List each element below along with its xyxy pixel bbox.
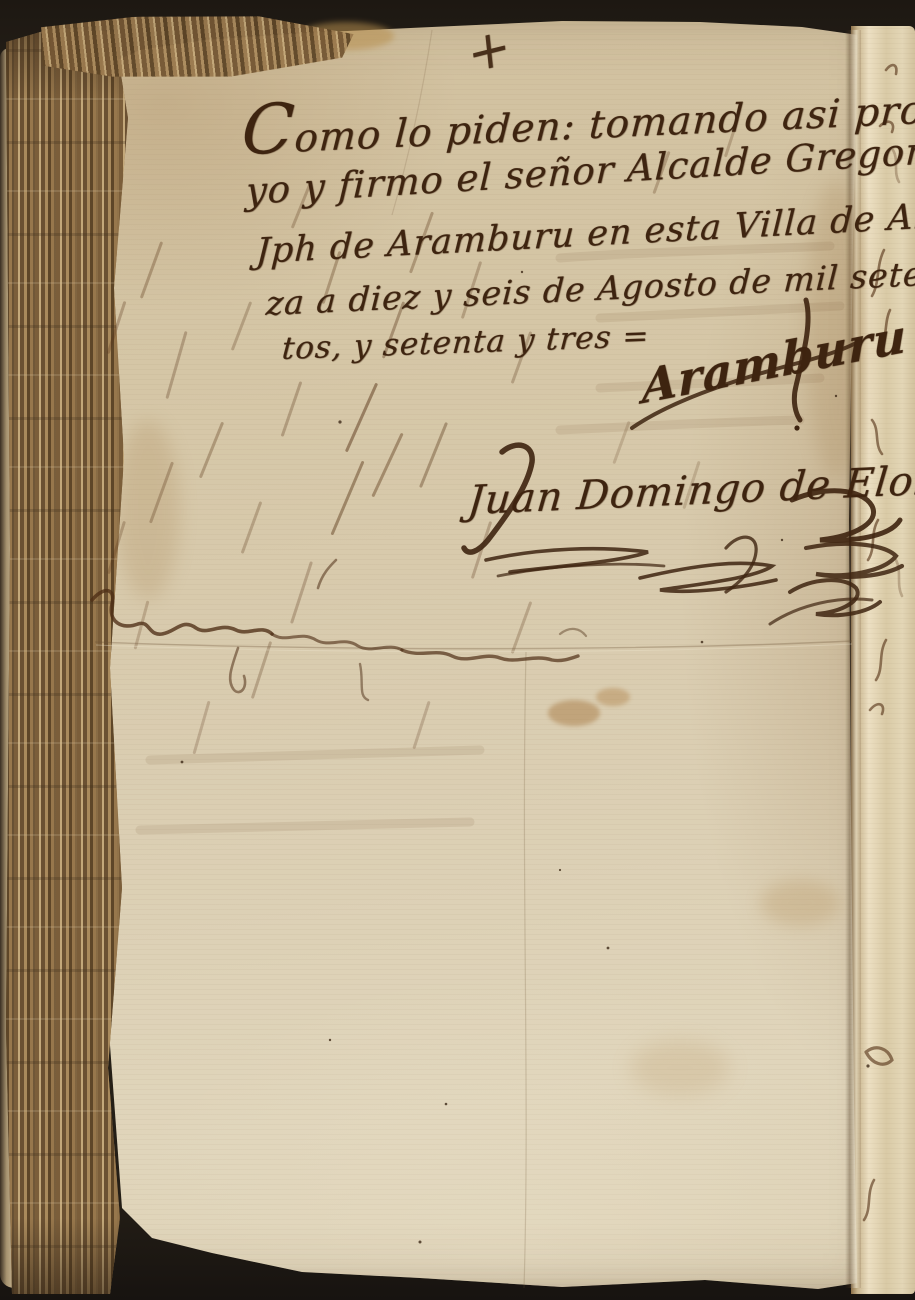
frayed-spine-edge bbox=[6, 28, 128, 1294]
manuscript-photo: + Como lo piden: tomando asi prove- yo y… bbox=[0, 0, 915, 1300]
invocation-cross: + bbox=[465, 15, 515, 86]
